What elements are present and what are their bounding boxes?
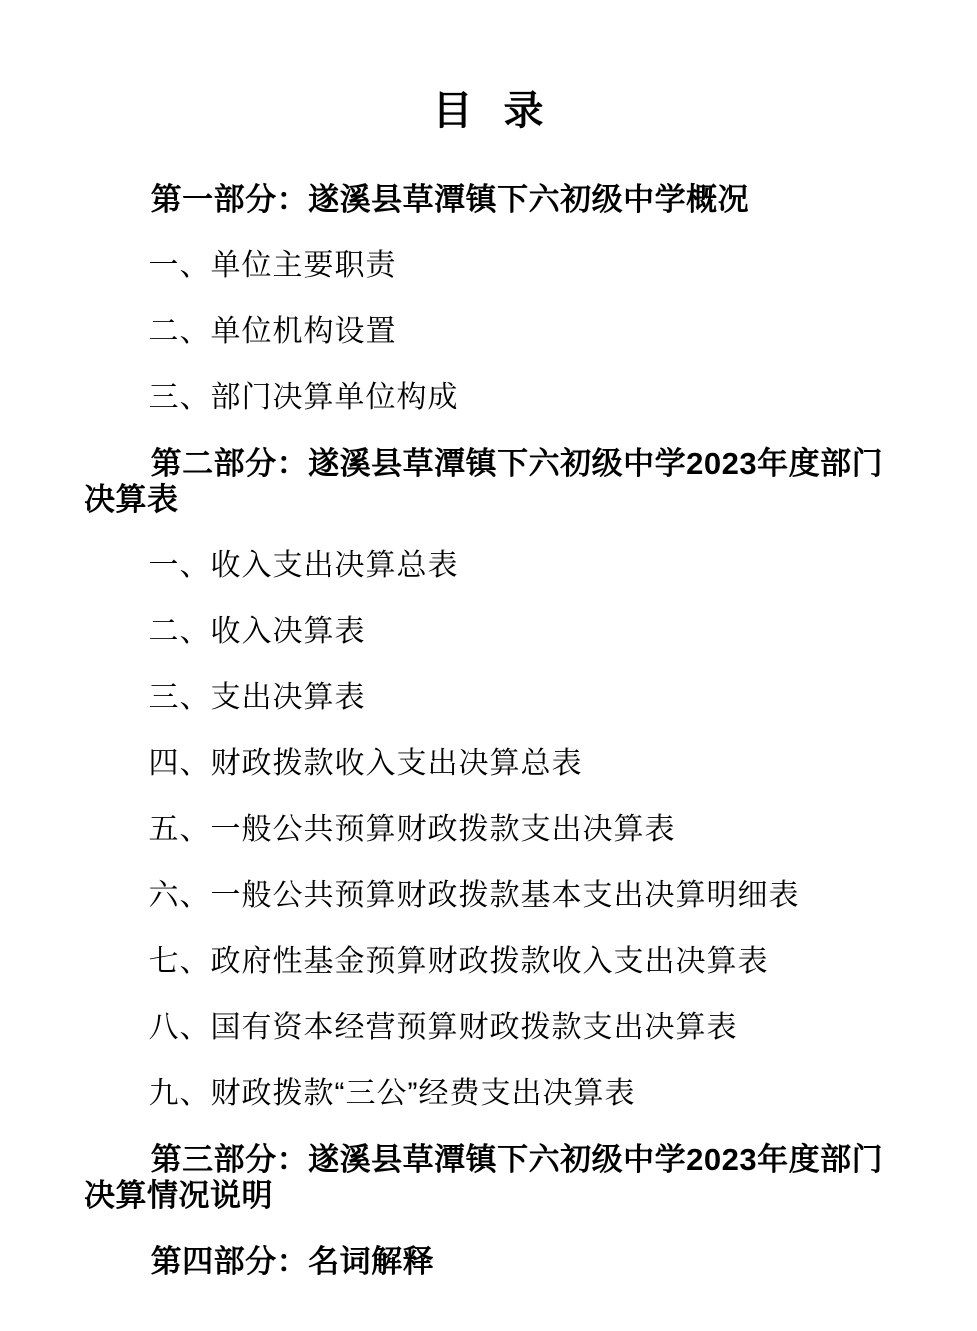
page-title: 目 录 — [0, 88, 977, 134]
toc-entry: 六、一般公共预算财政拨款基本支出决算明细表 — [84, 878, 893, 914]
toc-entry: 九、财政拨款“三公”经费支出决算表 — [84, 1076, 893, 1112]
toc-entry: 四、财政拨款收入支出决算总表 — [84, 746, 893, 782]
toc-entry: 二、收入决算表 — [84, 614, 893, 650]
toc-section-heading: 第四部分：名词解释 — [84, 1244, 893, 1280]
toc-section-heading: 第二部分：遂溪县草潭镇下六初级中学2023年度部门决算表 — [84, 446, 893, 518]
document-page: 目 录 第一部分：遂溪县草潭镇下六初级中学概况一、单位主要职责二、单位机构设置三… — [0, 0, 977, 1331]
toc-section-heading: 第三部分：遂溪县草潭镇下六初级中学2023年度部门决算情况说明 — [84, 1142, 893, 1214]
toc-entry: 一、收入支出决算总表 — [84, 548, 893, 584]
toc-entry: 一、单位主要职责 — [84, 248, 893, 284]
toc-entry: 八、国有资本经营预算财政拨款支出决算表 — [84, 1010, 893, 1046]
toc-entry: 三、支出决算表 — [84, 680, 893, 716]
toc-entry: 七、政府性基金预算财政拨款收入支出决算表 — [84, 944, 893, 980]
table-of-contents: 第一部分：遂溪县草潭镇下六初级中学概况一、单位主要职责二、单位机构设置三、部门决… — [0, 182, 977, 1280]
toc-section-heading: 第一部分：遂溪县草潭镇下六初级中学概况 — [84, 182, 893, 218]
toc-entry: 三、部门决算单位构成 — [84, 380, 893, 416]
toc-entry: 五、一般公共预算财政拨款支出决算表 — [84, 812, 893, 848]
toc-entry: 二、单位机构设置 — [84, 314, 893, 350]
